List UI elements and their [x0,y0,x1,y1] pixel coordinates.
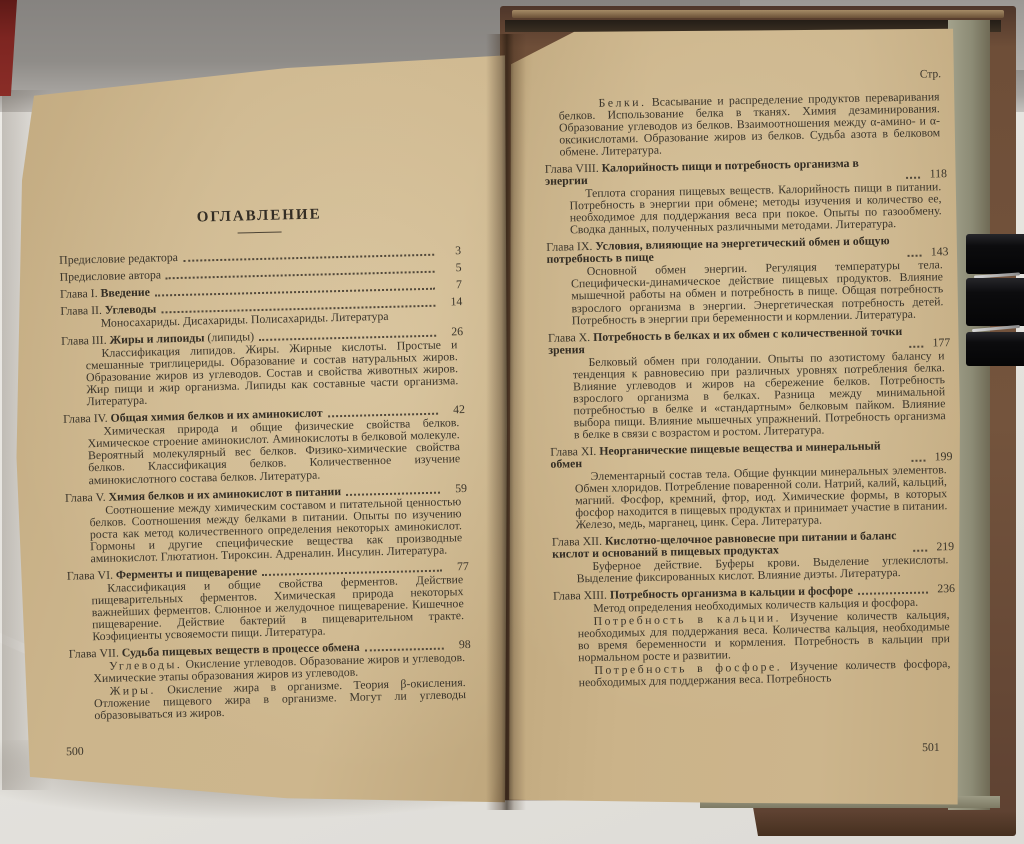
spaced-lead-word: Углеводы. [109,657,182,673]
left-page: ОГЛАВЛЕНИЕ Предисловие редактора3Предисл… [12,30,512,822]
chapter-page-number: 98 [447,638,471,651]
cover-top-edge [512,10,1004,18]
chapter-page-number: 219 [930,540,954,552]
chapter-page-number: 3 [437,244,461,257]
book-photo-scene: ОГЛАВЛЕНИЕ Предисловие редактора3Предисл… [0,0,1024,844]
dot-leader [909,341,923,347]
toc-entry: Глава VI. Ферменты и пищеварение77Класси… [67,560,471,643]
spaced-lead-word: Потребность в фосфоре. [594,660,782,678]
toc-entry: Глава XII. Кислотно-щелочное равновесие … [552,528,955,585]
chapter-page-number: 143 [924,245,948,257]
binder-clip [966,332,1024,366]
toc-entry: Глава III. Жиры и липоиды (липиды)26Клас… [61,325,465,408]
toc-entry: Глава XIII. Потребность организма в каль… [553,582,957,689]
dot-leader [155,284,435,297]
chapter-prefix: Глава V. [65,489,109,504]
toc-entry: Глава II. Углеводы14Моносахариды. Дисаха… [60,295,462,330]
toc-entry-description: Жиры. Окисление жира в организме. Теория… [94,676,467,721]
spaced-lead-word: Белки. [598,95,646,110]
toc-entry-description: Классификация липидов. Жиры. Жирные кисл… [85,338,458,407]
toc-entry-description: Элементарный состав тела. Общие функции … [575,463,948,530]
toc-entry: Глава XI. Неорганические пищевые веществ… [550,438,954,531]
chapter-page-number: 199 [928,450,952,462]
toc-entry: Глава X. Потребность в белках и их обмен… [548,324,952,441]
chapter-page-number: 7 [438,278,462,291]
toc-entry: Глава IX. Условия, влияющие на энергетич… [546,233,950,326]
chapter-page-number: 77 [445,560,469,573]
chapter-page-number: 236 [931,582,955,594]
binder-clip [966,278,1024,326]
toc-entry-description: Химическая природа и общие физические св… [87,417,460,486]
toc-entry-description: Белки. Всасывание и распределение продук… [558,90,940,157]
chapter-page-number: 5 [437,261,461,274]
dot-leader [913,546,927,552]
toc-entry: Глава V. Химия белков и их аминокислот в… [65,482,469,565]
toc-entries-left: Предисловие редактора3Предисловие автора… [59,244,472,722]
toc-entry-description: Основной обмен энергии. Регуляция темпер… [571,259,944,326]
chapter-title: Введение [100,285,150,300]
toc-entry-description: Буферное действие. Буферы крови. Выделен… [576,553,948,584]
toc-entry: Глава IV. Общая химия белков и их аминок… [63,403,467,486]
continuation-paragraph: Белки. Всасывание и распределение продук… [543,90,946,158]
toc-entry: Глава VIII. Калорийность пищи и потребно… [545,155,948,236]
right-page: Стр. Белки. Всасывание и распределение п… [505,24,965,814]
toc-title: ОГЛАВЛЕНИЕ [58,203,460,230]
dot-leader [166,267,435,280]
toc-entry-description: Соотношение между химическим составом и … [89,495,462,564]
toc-entry-description: Потребность в кальции. Изучение количест… [577,608,950,663]
toc-entries-right: Глава VIII. Калорийность пищи и потребно… [545,155,957,689]
chapter-page-number: 59 [443,482,467,495]
left-folio: 500 [66,744,84,759]
chapter-page-number: 177 [926,336,950,348]
spaced-lead-word: Жиры. [110,683,157,698]
title-rule [238,231,282,233]
chapter-page-number: 14 [438,295,462,308]
toc-entry-description: Классификация и общие свойства ферментов… [91,573,464,642]
chapter-prefix: Глава I. [60,286,101,301]
page-column-header: Стр. [543,68,945,88]
chapter-title: Предисловие редактора [59,250,178,267]
toc-entry-description: Потребность в фосфоре. Изучение количест… [578,658,950,689]
dot-leader [911,455,925,461]
toc-entry: Глава VII. Судьба пищевых веществ в проц… [69,638,473,722]
right-folio: 501 [922,740,940,755]
spaced-lead-word: Потребность в кальции. [593,611,781,629]
toc-entry-description: Белковый обмен при голодании. Опыты по а… [572,349,946,440]
binder-clip [966,234,1024,274]
book-gutter [486,34,526,810]
dot-leader [907,251,921,257]
dot-leader [906,173,920,179]
chapter-page-number: 42 [441,403,465,416]
dot-leader [183,250,434,262]
chapter-title: Предисловие автора [59,267,161,283]
toc-entry-description: Теплота сгорания пищевых веществ. Калори… [569,180,942,235]
binder-clips [958,228,1024,374]
chapter-page-number: 118 [923,167,947,179]
chapter-prefix: Глава II. [60,303,105,318]
chapter-page-number: 26 [439,325,463,338]
